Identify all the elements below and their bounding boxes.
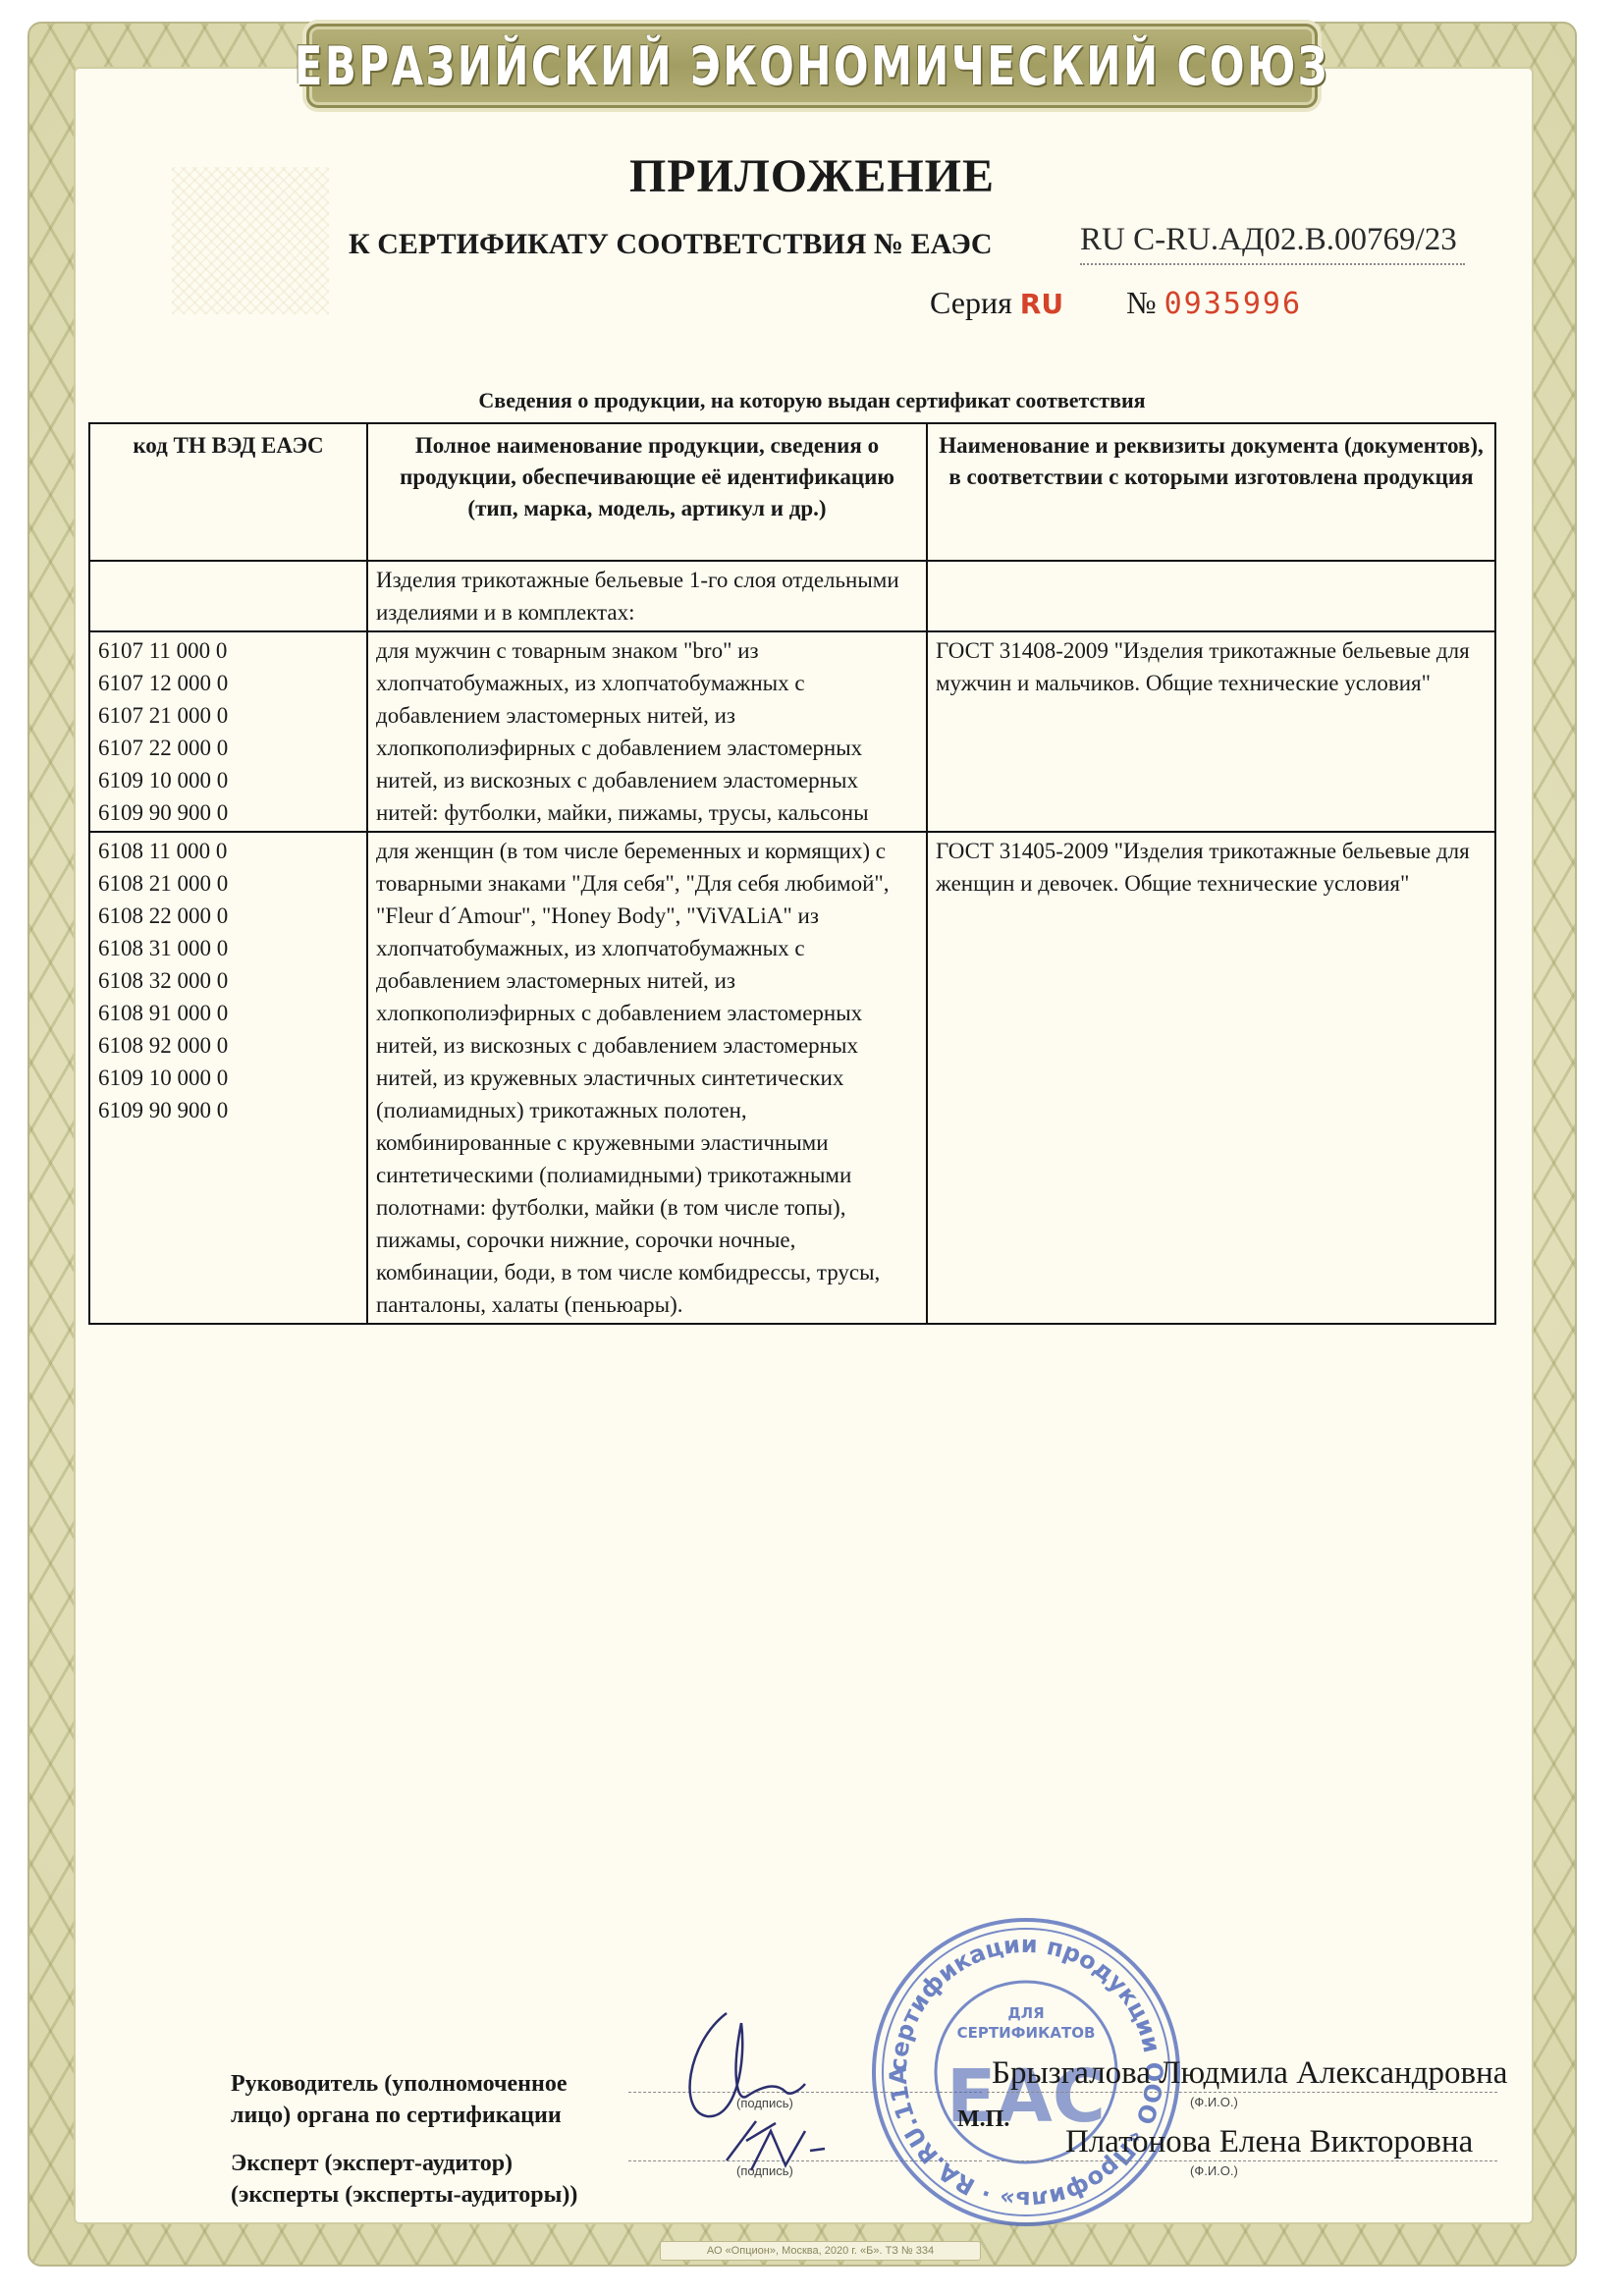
banner-text: ЕВРАЗИЙСКИЙ ЭКОНОМИЧЕСКИЙ СОЮЗ [295,35,1329,97]
hs-code: 6108 11 000 0 [98,835,358,867]
hs-code: 6107 12 000 0 [98,667,358,699]
head-name-caption: (Ф.И.О.) [1190,2095,1238,2109]
expert-name-caption: (Ф.И.О.) [1190,2163,1238,2178]
hs-codes-cell: 6108 11 000 06108 21 000 06108 22 000 06… [89,832,367,1324]
certificate-underline [1080,263,1465,265]
head-name-line [987,2092,1497,2093]
svg-text:СЕРТИФИКАТОВ: СЕРТИФИКАТОВ [957,2024,1096,2042]
standard-document-cell: ГОСТ 31408-2009 "Изделия трикотажные бел… [927,631,1495,832]
product-description-cell: для женщин (в том числе беременных и кор… [367,832,927,1324]
series-label: Серия [930,285,1012,320]
table-row: Изделия трикотажные бельевые 1-го слоя о… [89,561,1495,631]
certificate-number: RU С-RU.АД02.В.00769/23 [1080,222,1457,258]
svg-text:ДЛЯ: ДЛЯ [1007,2004,1044,2022]
product-description-cell: для мужчин с товарным знаком "bro" из хл… [367,631,927,832]
standard-document-cell [927,561,1495,631]
hs-code: 6107 21 000 0 [98,699,358,732]
expert-label-line-1: Эксперт (эксперт-аудитор) [231,2148,577,2179]
hs-code: 6109 10 000 0 [98,1062,358,1094]
hs-code: 6109 90 900 0 [98,796,358,829]
head-label-line-1: Руководитель (уполномоченное [231,2068,568,2100]
hs-codes-cell: 6107 11 000 06107 12 000 06107 21 000 06… [89,631,367,832]
expert-label-line-2: (эксперты (эксперты-аудиторы)) [231,2179,577,2211]
expert-name-line [987,2160,1497,2161]
products-table: код ТН ВЭД ЕАЭС Полное наименование прод… [88,422,1496,1325]
column-header-product: Полное наименование продукции, сведения … [367,423,927,561]
hs-code: 6108 21 000 0 [98,867,358,900]
expert-signature [717,2111,844,2180]
column-header-document: Наименование и реквизиты документа (доку… [927,423,1495,561]
series-line: Серия RU № 0935996 [930,285,1302,321]
certificate-prefix: К СЕРТИФИКАТУ СООТВЕТСТВИЯ № ЕАЭС [349,228,993,261]
table-row: 6108 11 000 06108 21 000 06108 22 000 06… [89,832,1495,1324]
standard-document-cell: ГОСТ 31405-2009 "Изделия трикотажные бел… [927,832,1495,1324]
table-row: 6107 11 000 06107 12 000 06107 21 000 06… [89,631,1495,832]
hs-code: 6107 11 000 0 [98,634,358,667]
hs-code: 6107 22 000 0 [98,732,358,764]
table-caption: Сведения о продукции, на которую выдан с… [0,388,1624,413]
head-label: Руководитель (уполномоченное лицо) орган… [231,2068,568,2131]
head-label-line-2: лицо) органа по сертификации [231,2100,568,2131]
hs-code: 6109 90 900 0 [98,1094,358,1126]
series-value: RU [1020,288,1063,320]
head-name: Брызгалова Людмила Александровна [992,2055,1507,2092]
hs-codes-cell [89,561,367,631]
expert-name: Платонова Елена Викторовна [1065,2124,1473,2160]
hs-code: 6108 91 000 0 [98,997,358,1029]
product-description-cell: Изделия трикотажные бельевые 1-го слоя о… [367,561,927,631]
hs-code: 6109 10 000 0 [98,764,358,796]
union-banner: ЕВРАЗИЙСКИЙ ЭКОНОМИЧЕСКИЙ СОЮЗ [306,24,1318,108]
page-title: ПРИЛОЖЕНИЕ [0,149,1624,203]
expert-label: Эксперт (эксперт-аудитор) (эксперты (экс… [231,2148,577,2211]
hs-code: 6108 22 000 0 [98,900,358,932]
hs-code: 6108 32 000 0 [98,964,358,997]
seal-place-label: М.П. [957,2106,1009,2133]
hs-code: 6108 31 000 0 [98,932,358,964]
number-label: № [1126,285,1157,320]
printer-note: АО «Опцион», Москва, 2020 г. «Б». ТЗ № 3… [660,2241,981,2261]
hs-code: 6108 92 000 0 [98,1029,358,1062]
column-header-code: код ТН ВЭД ЕАЭС [89,423,367,561]
number-value: 0935996 [1164,287,1302,321]
